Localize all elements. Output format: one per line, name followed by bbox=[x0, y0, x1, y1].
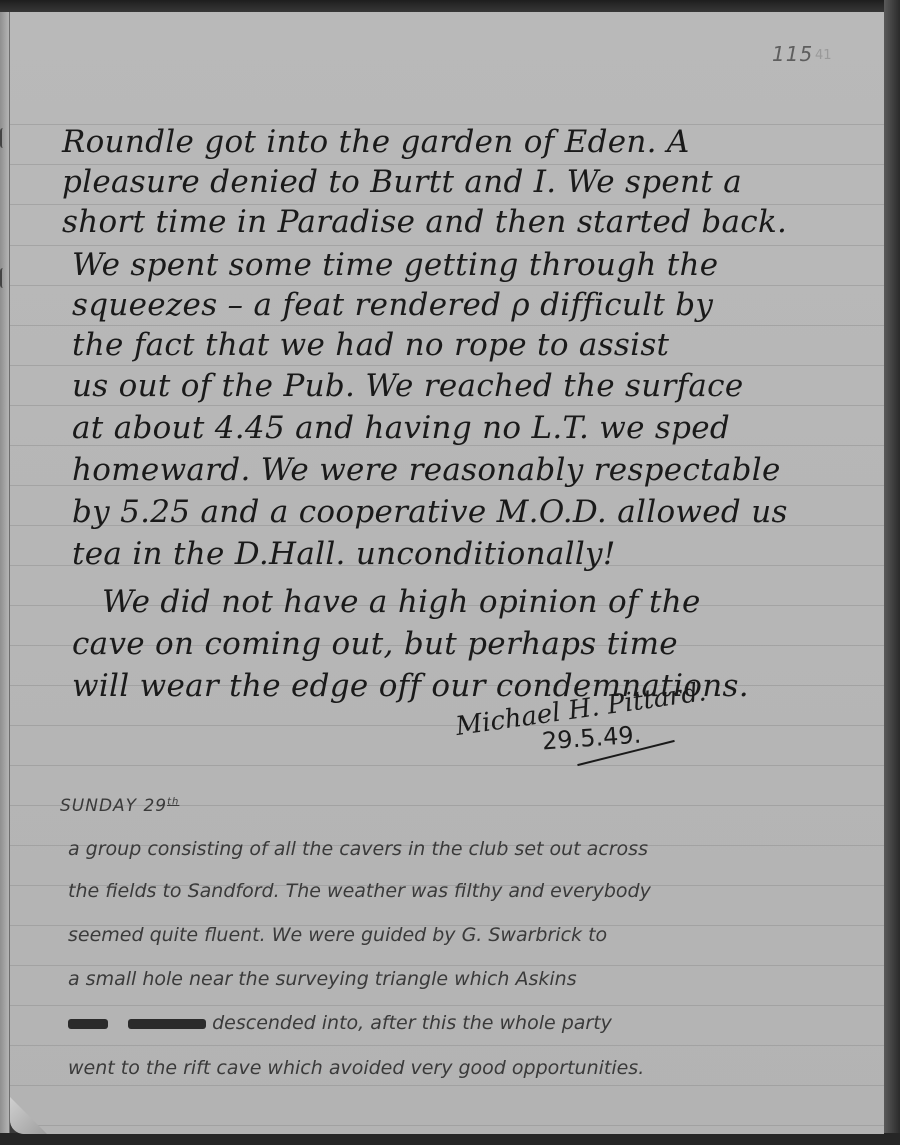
notebook-spine-edge bbox=[884, 0, 900, 1145]
entry-line: short time in Paradise and then started … bbox=[62, 204, 787, 240]
struck-out-word: Sandman bbox=[128, 1019, 206, 1029]
entry-line: a group consisting of all the cavers in … bbox=[68, 838, 648, 860]
entry-line: a small hole near the surveying triangle… bbox=[68, 968, 577, 990]
ruled-line bbox=[10, 725, 884, 726]
struck-out-word: and bbox=[68, 1019, 108, 1029]
page-corner-curl bbox=[10, 1097, 50, 1134]
entry-line: cave on coming out, but perhaps time bbox=[72, 626, 678, 662]
ruled-line bbox=[10, 325, 884, 326]
entry-heading: SUNDAY 29th bbox=[60, 796, 179, 816]
entry-line: and Sandman descended into, after this t… bbox=[68, 1012, 612, 1034]
binding-mark bbox=[0, 268, 6, 288]
notebook-page: 115 41 Roundle got into the garden of Ed… bbox=[10, 12, 884, 1134]
entry-line: the fields to Sandford. The weather was … bbox=[68, 880, 651, 902]
ruled-line bbox=[10, 365, 884, 366]
ruled-line bbox=[10, 405, 884, 406]
page-number: 115 bbox=[772, 42, 813, 66]
ruled-line bbox=[10, 285, 884, 286]
signature-date: 29.5.49. bbox=[541, 721, 642, 756]
faint-page-number: 41 bbox=[815, 48, 832, 63]
entry-line: at about 4.45 and having no L.T. we sped bbox=[72, 410, 730, 446]
notebook-bottom-edge bbox=[0, 1133, 900, 1145]
previous-page-edge bbox=[0, 12, 10, 1137]
ruled-line bbox=[10, 1125, 884, 1126]
entry-line: pleasure denied to Burtt and I. We spent… bbox=[62, 164, 742, 200]
entry-line: Roundle got into the garden of Eden. A bbox=[62, 124, 690, 160]
binding-mark bbox=[0, 128, 6, 148]
entry-line: homeward. We were reasonably respectable bbox=[72, 452, 781, 488]
entry-line: tea in the D.Hall. unconditionally! bbox=[72, 536, 616, 572]
entry-line: us out of the Pub. We reached the surfac… bbox=[72, 368, 744, 404]
entry-line: squeezes – a feat rendered ρ difficult b… bbox=[72, 287, 713, 323]
ruled-line bbox=[10, 1045, 884, 1046]
entry-line: the fact that we had no rope to assist bbox=[72, 327, 669, 363]
ruled-line bbox=[10, 1005, 884, 1006]
ruled-line bbox=[10, 245, 884, 246]
entry-line: by 5.25 and a cooperative M.O.D. allowed… bbox=[72, 494, 788, 530]
ruled-line bbox=[10, 765, 884, 766]
ruled-line bbox=[10, 1085, 884, 1086]
entry-line: We spent some time getting through the bbox=[72, 247, 718, 283]
entry-line: went to the rift cave which avoided very… bbox=[68, 1057, 644, 1079]
entry-line: We did not have a high opinion of the bbox=[102, 584, 701, 620]
ruled-line bbox=[10, 965, 884, 966]
entry-line: seemed quite fluent. We were guided by G… bbox=[68, 924, 607, 946]
